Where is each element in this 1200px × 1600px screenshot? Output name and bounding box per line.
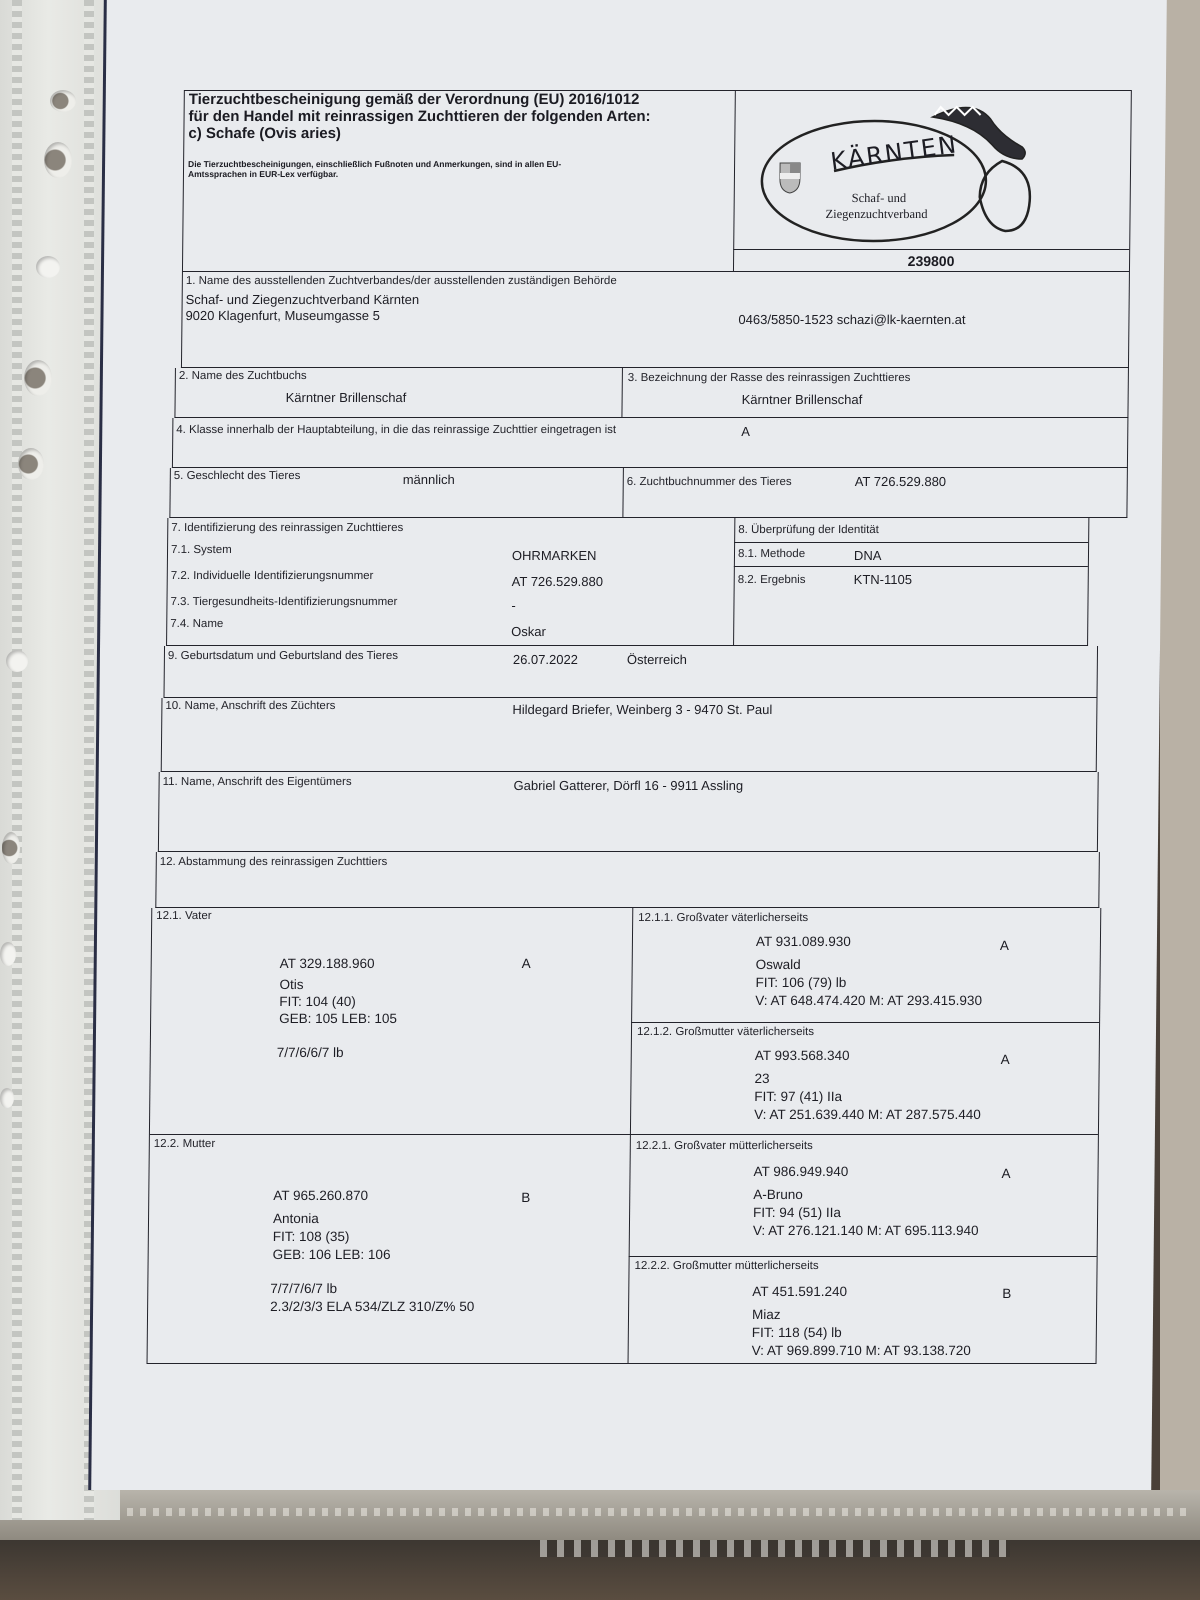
paternal-granddam-grade: A [1001, 1052, 1010, 1067]
maternal-grandsire-id: AT 986.949.940 [753, 1164, 848, 1179]
section-7-8: 7. Identifizierung des reinrassigen Zuch… [166, 518, 1089, 646]
divider [622, 468, 624, 517]
section-label: 8. Überprüfung der Identität [738, 524, 879, 536]
maternal-granddam-fit: FIT: 118 (54) lb [752, 1324, 842, 1342]
certificate-page: Tierzuchtbescheinigung gemäß der Verordn… [88, 0, 1167, 1490]
punch-hole-icon [2, 832, 20, 864]
id-system-value: OHRMARKEN [512, 548, 597, 563]
title-line: für den Handel mit reinrassigen Zuchttie… [188, 108, 650, 125]
id-number-label: 7.2. Individuelle Identifizierungsnummer [171, 570, 374, 582]
paternal-grandsire-id: AT 931.089.930 [756, 934, 851, 949]
section-12-pedigree: 12. Abstammung des reinrassigen Zuchttie… [155, 852, 1100, 908]
maternal-granddam-id: AT 451.591.240 [752, 1284, 847, 1299]
herdbook-name: Kärntner Brillenschaf [286, 390, 407, 405]
sire-name: Otis [279, 976, 303, 994]
section-label: 6. Zuchtbuchnummer des Tieres [627, 476, 792, 488]
dam-id: AT 965.260.870 [273, 1188, 368, 1203]
sire-grade: A [522, 956, 531, 971]
maternal-granddam-grade: B [1002, 1286, 1011, 1301]
punch-hole-icon [50, 90, 76, 112]
sleeve-perforation [10, 1508, 1190, 1516]
paternal-granddam-name: 23 [754, 1070, 769, 1088]
divider [628, 908, 634, 1363]
maternal-granddam-label: 12.2.2. Großmutter mütterlicherseits [634, 1260, 818, 1272]
breeder-value: Hildegard Briefer, Weinberg 3 - 9470 St.… [512, 702, 772, 717]
divider [734, 542, 1088, 543]
id-number-value: AT 726.529.880 [512, 574, 603, 589]
language-note: Die Tierzuchtbescheinigungen, einschließ… [188, 159, 561, 179]
table-surface [0, 1535, 1200, 1600]
punch-hole-icon [18, 448, 44, 480]
paternal-grandsire-fit: FIT: 106 (79) lb [755, 974, 846, 992]
certificate-number: 239800 [733, 249, 1129, 272]
punch-hole-icon [0, 942, 16, 966]
logo-line1: Schaf- und [852, 191, 907, 206]
issuer-contact: 0463/5850-1523 schazi@lk-kaernten.at [738, 312, 965, 327]
certificate-form: Tierzuchtbescheinigung gemäß der Verordn… [171, 90, 1132, 1364]
id-system-label: 7.1. System [171, 544, 232, 556]
result-label: 8.2. Ergebnis [738, 574, 806, 586]
sire-fit: FIT: 104 (40) [279, 993, 356, 1011]
sheet-protector-edge [0, 1490, 1200, 1540]
dam-extra: 2.3/2/3/3 ELA 534/ZLZ 310/Z% 50 [270, 1298, 474, 1316]
paternal-grandsire-parents: V: AT 648.474.420 M: AT 293.415.930 [755, 992, 982, 1010]
section-label: 10. Name, Anschrift des Züchters [165, 700, 335, 712]
punch-hole-icon [44, 142, 72, 178]
title-line: c) Schafe (Ovis aries) [188, 125, 650, 142]
method-label: 8.1. Methode [738, 548, 805, 560]
sire-id: AT 329.188.960 [280, 956, 375, 971]
binding-rail [12, 0, 22, 1520]
section-10-breeder: 10. Name, Anschrift des Züchters Hildega… [161, 698, 1098, 772]
coat-of-arms-icon [780, 163, 800, 193]
section-label: 11. Name, Anschrift des Eigentümers [163, 776, 352, 788]
maternal-grandsire-grade: A [1001, 1166, 1010, 1181]
maternal-grandsire-name: A-Bruno [753, 1186, 803, 1204]
note-line: Amtssprachen in EUR-Lex verfügbar. [188, 169, 561, 179]
divider [150, 1134, 1098, 1135]
section-label: 12. Abstammung des reinrassigen Zuchttie… [160, 856, 388, 868]
sire-geb: GEB: 105 LEB: 105 [279, 1010, 397, 1028]
divider [629, 1256, 1097, 1257]
section-9-birth: 9. Geburtsdatum und Geburtsland des Tier… [163, 646, 1098, 698]
section-11-owner: 11. Name, Anschrift des Eigentümers Gabr… [158, 772, 1099, 852]
breed-name: Kärntner Brillenschaf [742, 392, 863, 407]
punch-hole-icon [6, 650, 28, 672]
punch-hole-icon [36, 256, 60, 278]
sex-value: männlich [403, 472, 455, 487]
dam-geb: GEB: 106 LEB: 106 [273, 1246, 391, 1264]
paternal-granddam-fit: FIT: 97 (41) IIa [754, 1088, 842, 1106]
method-value: DNA [854, 548, 882, 563]
paternal-grandsire-grade: A [1000, 938, 1009, 953]
divider [733, 518, 735, 645]
association-logo: KÄRNTEN Schaf- und Ziegenzuchtverband [733, 91, 1131, 249]
section-5-6: 5. Geschlecht des Tieres männlich 6. Zuc… [169, 468, 1128, 518]
issuer-address: 9020 Klagenfurt, Museumgasse 5 [185, 308, 380, 323]
section-label: 9. Geburtsdatum und Geburtsland des Tier… [168, 650, 398, 662]
dam-name: Antonia [273, 1210, 319, 1228]
section-label: 2. Name des Zuchtbuchs [179, 370, 307, 382]
logo-graphic [733, 91, 1065, 249]
birth-country: Österreich [627, 652, 687, 667]
dam-grade: B [521, 1190, 530, 1205]
paternal-granddam-label: 12.1.2. Großmutter väterlicherseits [637, 1026, 814, 1038]
header-section: Tierzuchtbescheinigung gemäß der Verordn… [182, 90, 1132, 272]
punch-hole-icon [24, 360, 52, 396]
herdbook-number: AT 726.529.880 [855, 474, 946, 489]
paternal-granddam-parents: V: AT 251.639.440 M: AT 287.575.440 [754, 1106, 981, 1124]
paternal-grandsire-label: 12.1.1. Großvater väterlicherseits [638, 912, 808, 924]
title-line: Tierzuchtbescheinigung gemäß der Verordn… [189, 91, 651, 108]
maternal-grandsire-parents: V: AT 276.121.140 M: AT 695.113.940 [753, 1222, 979, 1240]
punch-hole-icon [0, 1088, 14, 1108]
sire-label: 12.1. Vater [156, 910, 212, 922]
section-4-class: 4. Klasse innerhalb der Hauptabteilung, … [172, 418, 1129, 468]
dam-fit: FIT: 108 (35) [273, 1228, 350, 1246]
birth-date: 26.07.2022 [513, 652, 578, 667]
section-label: 7. Identifizierung des reinrassigen Zuch… [171, 522, 403, 534]
dam-extra: 7/7/7/6/7 lb [270, 1280, 337, 1298]
maternal-grandsire-fit: FIT: 94 (51) IIa [753, 1204, 841, 1222]
animal-name-value: Oskar [511, 624, 546, 639]
section-2-3: 2. Name des Zuchtbuchs Kärntner Brillens… [174, 368, 1129, 418]
result-value: KTN-1105 [854, 572, 912, 587]
section-1-issuer: 1. Name des ausstellenden Zuchtverbandes… [181, 272, 1130, 368]
animal-name-label: 7.4. Name [170, 618, 223, 630]
dam-label: 12.2. Mutter [154, 1138, 216, 1150]
issuer-name: Schaf- und Ziegenzuchtverband Kärnten [186, 292, 420, 307]
section-label: 4. Klasse innerhalb der Hauptabteilung, … [176, 424, 616, 436]
document-title: Tierzuchtbescheinigung gemäß der Verordn… [188, 91, 651, 142]
pedigree-table: 12.1. Vater AT 329.188.960 A Otis FIT: 1… [147, 908, 1102, 1364]
maternal-grandsire-label: 12.2.1. Großvater mütterlicherseits [636, 1140, 813, 1152]
divider [631, 1022, 1099, 1023]
divider [734, 566, 1088, 567]
divider [621, 368, 623, 417]
owner-value: Gabriel Gatterer, Dörfl 16 - 9911 Asslin… [513, 778, 743, 793]
class-value: A [741, 424, 750, 439]
sire-extra: 7/7/6/6/7 lb [277, 1044, 344, 1062]
health-id-label: 7.3. Tiergesundheits-Identifizierungsnum… [170, 596, 397, 608]
section-label: 3. Bezeichnung der Rasse des reinrassige… [628, 372, 911, 384]
note-line: Die Tierzuchtbescheinigungen, einschließ… [188, 159, 561, 169]
background-surface [1160, 0, 1200, 1600]
maternal-granddam-name: Miaz [752, 1306, 781, 1324]
health-id-value: - [511, 598, 516, 613]
maternal-granddam-parents: V: AT 969.899.710 M: AT 93.138.720 [752, 1342, 971, 1360]
paternal-granddam-id: AT 993.568.340 [755, 1048, 850, 1063]
paternal-grandsire-name: Oswald [756, 956, 801, 974]
section-label: 1. Name des ausstellenden Zuchtverbandes… [186, 275, 617, 287]
logo-line2: Ziegenzuchtverband [825, 207, 927, 222]
section-label: 5. Geschlecht des Tieres [174, 470, 301, 482]
